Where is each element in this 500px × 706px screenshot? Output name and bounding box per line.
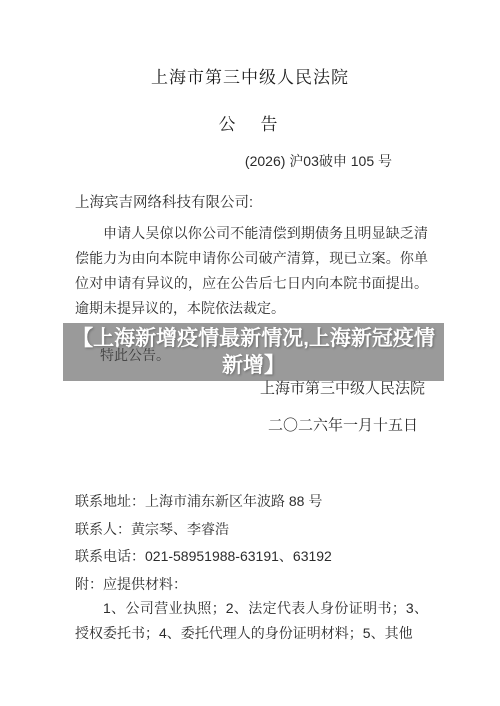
body-paragraph: 申请人吴倞以你公司不能清偿到期债务且明显缺乏清偿能力为由向本院申请你公司破产清算… bbox=[75, 221, 428, 321]
caption-text: 【上海新增疫情最新情况,上海新冠疫情新增】 bbox=[71, 325, 436, 379]
signature-date: 二〇二六年一月十五日 bbox=[268, 414, 418, 435]
contact-address: 联系地址：上海市浦东新区年波路 88 号 bbox=[75, 489, 322, 514]
court-notice-document: 上海市第三中级人民法院 公 告 (2026) 沪03破申 105 号 上海宾吉网… bbox=[0, 0, 500, 706]
attachment-label: 附：应提供材料： bbox=[75, 572, 187, 597]
attachment-items: 1、公司营业执照；2、法定代表人身份证明书；3、授权委托书；4、委托代理人的身份… bbox=[75, 596, 428, 646]
case-number: (2026) 沪03破申 105 号 bbox=[245, 151, 392, 171]
contact-person: 联系人：黄宗琴、李睿浩 bbox=[75, 517, 229, 542]
caption-overlay: 【上海新增疫情最新情况,上海新冠疫情新增】 bbox=[63, 323, 444, 381]
notice-title: 公 告 bbox=[0, 110, 500, 135]
contact-phone: 联系电话：021-58951988-63191、63192 bbox=[75, 544, 332, 569]
court-title: 上海市第三中级人民法院 bbox=[0, 63, 500, 88]
addressee-company: 上海宾吉网络科技有限公司: bbox=[75, 191, 253, 212]
